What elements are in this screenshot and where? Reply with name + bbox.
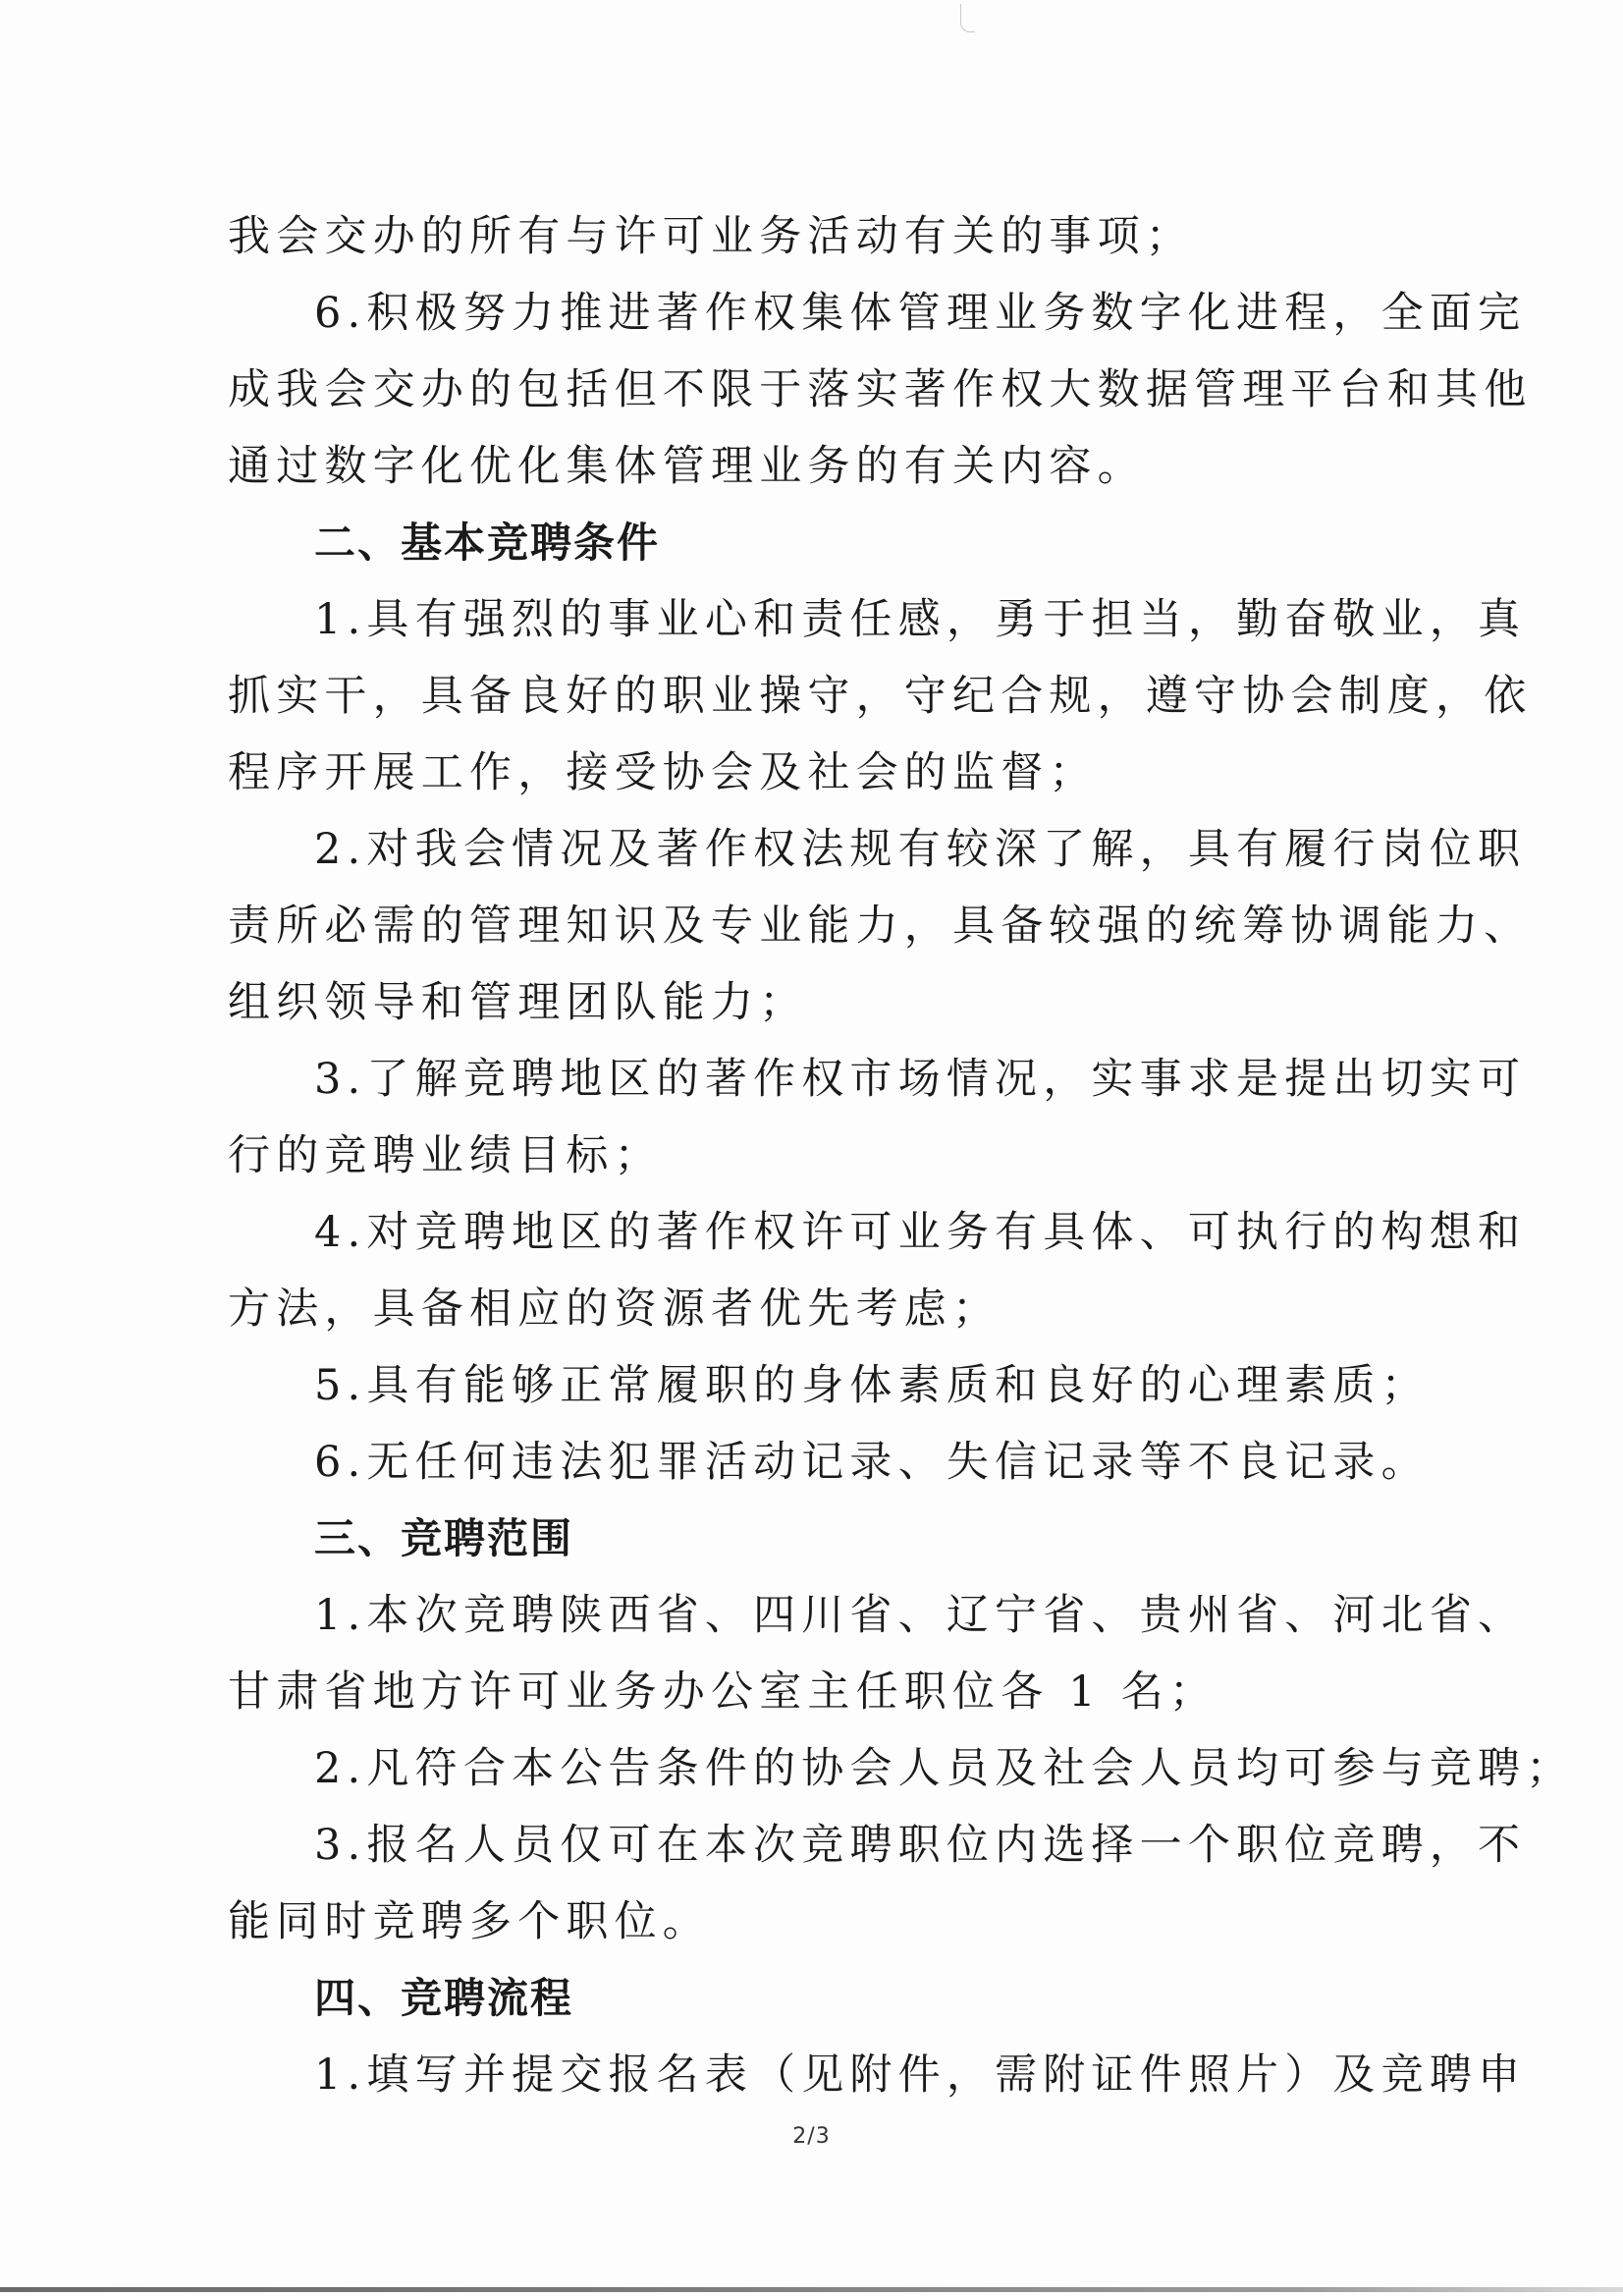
page-number: 2/3 <box>0 2124 1623 2149</box>
body-line: 程序开展工作，接受协会及社会的监督； <box>228 735 1424 811</box>
scope-item-1: 1.本次竞聘陕西省、四川省、辽宁省、贵州省、河北省、 <box>228 1577 1424 1654</box>
body-line: 责所必需的管理知识及专业能力，具备较强的统筹协调能力、 <box>228 888 1424 964</box>
scan-edge-shadow <box>0 2287 1623 2292</box>
body-line: 能同时竞聘多个职位。 <box>228 1884 1424 1960</box>
process-item-1: 1.填写并提交报名表（见附件，需附证件照片）及竞聘申 <box>228 2037 1424 2113</box>
condition-item-6: 6.无任何违法犯罪活动记录、失信记录等不良记录。 <box>228 1424 1424 1501</box>
body-line: 甘肃省地方许可业务办公室主任职位各 1 名； <box>228 1654 1424 1730</box>
section-heading-basic-conditions: 二、基本竞聘条件 <box>228 505 1424 581</box>
condition-item-1: 1.具有强烈的事业心和责任感，勇于担当，勤奋敬业，真 <box>228 581 1424 658</box>
section-heading-process: 四、竞聘流程 <box>228 1960 1424 2037</box>
condition-item-4: 4.对竞聘地区的著作权许可业务有具体、可执行的构想和 <box>228 1194 1424 1271</box>
body-line: 方法，具备相应的资源者优先考虑； <box>228 1271 1424 1347</box>
body-line: 通过数字化优化集体管理业务的有关内容。 <box>228 428 1424 505</box>
body-line: 成我会交办的包括但不限于落实著作权大数据管理平台和其他 <box>228 352 1424 428</box>
scope-item-3: 3.报名人员仅可在本次竞聘职位内选择一个职位竞聘，不 <box>228 1807 1424 1884</box>
scope-item-2: 2.凡符合本公告条件的协会人员及社会人员均可参与竞聘； <box>228 1730 1424 1807</box>
document-body: 我会交办的所有与许可业务活动有关的事项； 6.积极努力推进著作权集体管理业务数字… <box>228 198 1424 2113</box>
condition-item-5: 5.具有能够正常履职的身体素质和良好的心理素质； <box>228 1347 1424 1424</box>
list-item-6-digitalization: 6.积极努力推进著作权集体管理业务数字化进程，全面完 <box>228 275 1424 352</box>
condition-item-3: 3.了解竞聘地区的著作权市场情况，实事求是提出切实可 <box>228 1041 1424 1118</box>
body-line: 组织领导和管理团队能力； <box>228 964 1424 1041</box>
section-heading-scope: 三、竞聘范围 <box>228 1501 1424 1577</box>
scan-pen-mark <box>960 4 975 32</box>
body-line: 行的竞聘业绩目标； <box>228 1118 1424 1194</box>
body-line: 抓实干，具备良好的职业操守，守纪合规，遵守协会制度，依 <box>228 658 1424 735</box>
body-line: 我会交办的所有与许可业务活动有关的事项； <box>228 198 1424 275</box>
document-page: 我会交办的所有与许可业务活动有关的事项； 6.积极努力推进著作权集体管理业务数字… <box>0 0 1623 2296</box>
condition-item-2: 2.对我会情况及著作权法规有较深了解，具有履行岗位职 <box>228 811 1424 888</box>
